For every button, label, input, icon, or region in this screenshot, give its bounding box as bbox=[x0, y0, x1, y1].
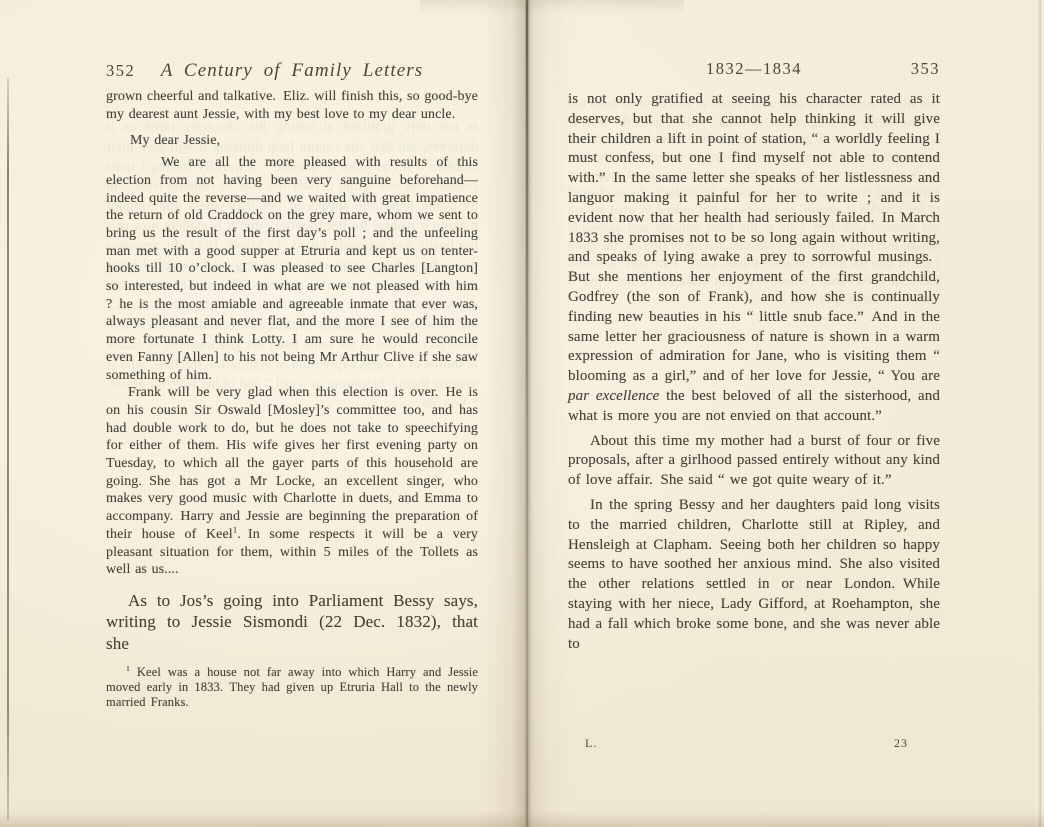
signature-number: 23 bbox=[894, 736, 908, 751]
letter-salutation: My dear Jessie, bbox=[106, 132, 478, 150]
body-text: is not only gratified at seeing his char… bbox=[568, 91, 940, 384]
text-column-right: is not only gratified at seeing his char… bbox=[568, 90, 940, 654]
book-scan: is not only gratified at seeing his char… bbox=[0, 0, 1044, 827]
footnote-text: Keel was a house not far away into which… bbox=[106, 665, 478, 709]
footnote: 1 Keel was a house not far away into whi… bbox=[106, 665, 478, 710]
running-header-dates: 1832—1834 bbox=[706, 59, 802, 79]
page-number-left: 352 bbox=[106, 61, 135, 81]
running-head-right: 1832—1834 353 bbox=[568, 59, 940, 79]
narrative-paragraph: As to Jos’s going into Parliament Bessy … bbox=[106, 590, 478, 655]
letter-text: Frank will be very glad when this electi… bbox=[106, 385, 478, 542]
running-header-title: A Century of Family Letters bbox=[161, 60, 424, 82]
body-paragraph: About this time my mother had a burst of… bbox=[568, 432, 940, 491]
running-head-left: 352 A Century of Family Letters bbox=[106, 60, 478, 82]
page-number-right: 353 bbox=[911, 59, 940, 79]
body-paragraph: is not only gratified at seeing his char… bbox=[568, 90, 940, 427]
body-paragraph: In the spring Bessy and her daughters pa… bbox=[568, 496, 940, 654]
italic-phrase: par excellence bbox=[568, 388, 659, 404]
page-left: is not only gratified at seeing his char… bbox=[0, 0, 522, 827]
letter-paragraph: grown cheerful and talkative. Eliz. will… bbox=[106, 88, 478, 123]
text-column-left: grown cheerful and talkative. Eliz. will… bbox=[106, 88, 478, 710]
footnote-marker: 1 bbox=[126, 664, 130, 673]
signature-mark: L. bbox=[585, 736, 597, 751]
letter-paragraph: We are all the more pleased with results… bbox=[106, 154, 478, 384]
letter-paragraph: Frank will be very glad when this electi… bbox=[106, 384, 478, 579]
signature-row: L. 23 bbox=[568, 736, 940, 751]
page-right: We are all the more pleased with results… bbox=[522, 0, 1044, 827]
